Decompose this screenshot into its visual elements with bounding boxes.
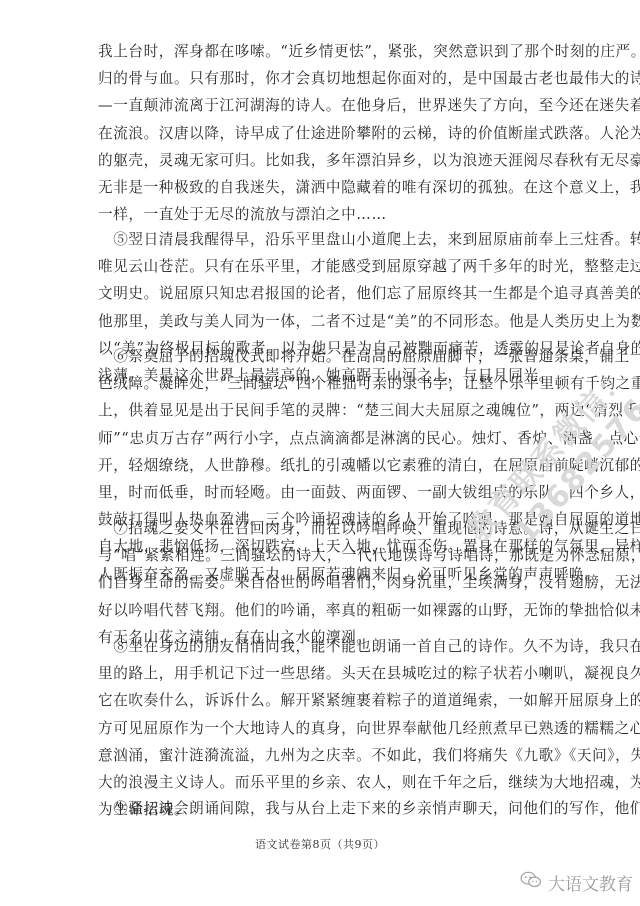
text-line: 大的浪漫主义诗人。而乐平里的乡亲、农人，则在千年之后，继续为大地招魂，为诗意招魂…: [98, 769, 568, 796]
text-line: 文明史。说屈原只知忠君报国的论者，他们忘了屈原终其一生都是个追寻真善美的诗人。在: [98, 280, 568, 307]
text-line: ⑨骚坛诗会朗诵间隙，我与从台上走下来的乡亲悄声聊天，问他们的写作，他们的吟唱。: [98, 795, 568, 822]
text-line: 们自身生命的需要。来自俗世的吟唱者们，肉身沉重，尘埃满身，没有翅膀，无法飞翔，只: [98, 569, 568, 596]
text-line: ⑧坐在身边的朋友悄悄问我，能不能也朗诵一首自己的诗作。久不为诗，我只在去乐平: [98, 633, 568, 660]
text-line: 与“唱”紧紧相连。三闾骚坛的诗人，一代代地读诗写诗唱诗，那既是为怀念屈原，也是他: [98, 542, 568, 569]
paragraph-4-continued: 我上台时，浑身都在哆嗦。“近乡情更怯”，紧张，突然意识到了那个时刻的庄严。诗是种…: [98, 38, 568, 228]
text-line: 上，供着显见是出于民间手笔的灵牌：“楚三闾大夫屈原之魂魄位”，两边“清烈千秋: [98, 397, 568, 424]
exam-page: 我上台时，浑身都在哆嗦。“近乡情更怯”，紧张，突然意识到了那个时刻的庄严。诗是种…: [0, 0, 640, 906]
text-line: 的躯壳，灵魂无家可归。比如我，多年漂泊异乡，以为浪迹天涯阅尽春秋有无尽豪迈，其实: [98, 147, 568, 174]
text-line: 里，时而低垂，时而轻飏。由一面鼓、两面锣、一副大钹组成的乐队，四个乡人，把阵阵锣: [98, 479, 568, 506]
text-line: 唯见云山苍茫。只有在乐平里，才能感受到屈原穿越了两千多年的时光，整整走过一部中国: [98, 253, 568, 280]
text-line: 师”“忠贞万古存”两行小字，点点滴滴都是淋漓的民心。烛灯、香炉、酒盏、点心一溜排: [98, 425, 568, 452]
logo-text: 大语文教育: [548, 870, 633, 895]
text-line: 里的路上，用手机记下过一些思绪。头天在县城吃过的粽子状若小喇叭，凝视良久，总以为: [98, 660, 568, 687]
paragraph-7: ⑦招魂之要义不在召回肉身，而在以吟唱呼唤、重现他的诗意。诗，从诞生之日起，便 与…: [98, 515, 568, 651]
text-line: 色绒障。凝眸处，“三闾骚坛”四个稚拙可亲的隶书字，让整个乐平里顿有千钧之重。条桌: [98, 370, 568, 397]
text-line: 我上台时，浑身都在哆嗦。“近乡情更怯”，紧张，突然意识到了那个时刻的庄严。诗是种: [98, 38, 568, 65]
text-line: 意汹涌，蜜汁涟漪流溢，九州为之庆幸。不如此，我们将痛失《九歌》《天问》，失去那位…: [98, 742, 568, 769]
wechat-icon: [520, 871, 542, 894]
paragraph-9: ⑨骚坛诗会朗诵间隙，我与从台上走下来的乡亲悄声聊天，问他们的写作，他们的吟唱。: [98, 795, 568, 822]
text-line: 好以吟唱代替飞翔。他们的吟诵，率真的粗砺一如裸露的山野，无饰的挚拙恰似未耕的田园…: [98, 597, 568, 624]
text-line: 他那里，美政与美人同为一体，二者不过是“美”的不同形态。他是人类历史上为数不多的: [98, 308, 568, 335]
text-line: 开，轻烟缭绕，人世静穆。纸扎的引魂幡以它素雅的清白，在屈原庙前陡峭沉郁的深色背景: [98, 452, 568, 479]
text-line: 在流浪。汉唐以降，诗早成了仕途进阶攀附的云梯，诗的价值断崖式跌落。人沦为徒具肉身: [98, 120, 568, 147]
text-line: 它在吹奏什么，诉诉什么。解开紧紧缠裹着粽子的道道绳索，一如解开屈原身上的左徒官服…: [98, 687, 568, 714]
text-line: 一样，一直处于无尽的流放与漂泊之中……: [98, 201, 568, 228]
text-line: 归的骨与血。只有那时，你才会真切地想起你面对的，是中国最古老也最伟大的诗人屈原—: [98, 65, 568, 92]
text-line: 方可见屈原作为一个大地诗人的真身，向世界奉献他几经煎煮早已熟透的糯糯之心，顿时诗: [98, 715, 568, 742]
text-line: ⑦招魂之要义不在召回肉身，而在以吟唱呼唤、重现他的诗意。诗，从诞生之日起，便: [98, 515, 568, 542]
text-line: —一直颠沛流离于江河湖海的诗人。在他身后，世界迷失了方向，至今还在迷失着，我们都: [98, 92, 568, 119]
text-line: ⑥祭奠屈子的招魂仪式即将开始。在高高的屈原庙脚下，一张普通条桌，铺上一幅深红: [98, 343, 568, 370]
text-line: 无非是一种极致的自我迷失，潇洒中隐藏着的唯有深切的孤独。在这个意义上，我们与屈原: [98, 174, 568, 201]
publisher-logo: 大语文教育: [520, 870, 633, 895]
page-number-footer: 语文试卷第8页（共9页）: [0, 836, 640, 852]
text-line: ⑤翌日清晨我醒得早，沿乐平里盘山小道爬上去，来到屈原庙前奉上三炷香。转身一望，: [98, 226, 568, 253]
